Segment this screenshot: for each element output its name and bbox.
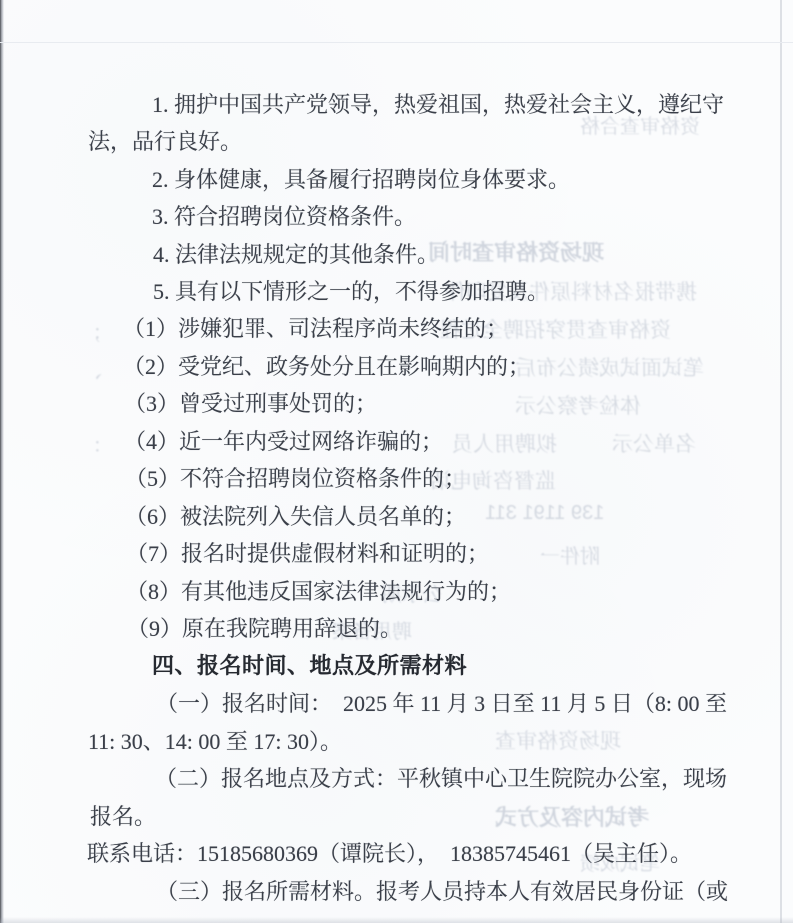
text-line: 联系电话：15185680369（谭院长）， 18385745461（吴主任）。 [87,841,692,867]
bleedthrough-text: 考试内容及方式 [495,801,649,832]
scanned-page: 资格审查合格现场资格审查时间携带报名材料原件及复印件资格审查贯穿招聘全过程笔试面… [0,0,793,923]
page-top-crease [0,42,793,43]
text-line: 5. 具有以下情形之一的，不得参加招聘。 [153,279,549,305]
text-line: （二）报名地点及方式：平秋镇中心卫生院院办公室，现场 [155,766,727,792]
bleedthrough-text: ： [82,429,102,458]
page-right-edge [780,0,782,923]
text-line: 3. 符合招聘岗位资格条件。 [152,204,416,230]
text-line: （8）有其他违反国家法律法规行为的； [126,579,511,605]
bleedthrough-text: 附件一 [540,540,600,569]
bleedthrough-text: 体检考察公示 [515,390,641,420]
text-line: （4）近一年内受过网络诈骗的； [124,429,443,455]
section-heading: 四、报名时间、地点及所需材料 [152,653,467,679]
text-line: （1）涉嫌犯罪、司法程序尚未终结的； [123,316,508,342]
bleedthrough-text: 现场资格审查 [495,725,621,755]
bleedthrough-text: 、 [82,354,102,383]
text-line: （5）不符合招聘岗位资格条件的； [125,466,466,492]
text-line: （7）报名时提供虚假材料和证明的； [126,541,489,567]
text-line: （一）报名时间： 2025 年 11 月 3 日至 11 月 5 日（8: 00… [156,691,727,717]
text-line: （6）被法院列入失信人员名单的； [125,504,466,530]
bleedthrough-text: 名单公示 [612,428,696,458]
bleedthrough-text: 139 1191 311 [485,502,604,525]
page-bottom-shadow [0,917,793,923]
text-line: （9）原在我院聘用辞退的。 [127,616,402,642]
text-line: （三）报名所需材料。报考人员持本人有效居民身份证（或 [156,879,728,905]
text-line: 1. 拥护中国共产党领导，热爱祖国，热爱社会主义，遵纪守 [152,92,724,118]
text-line: （3）曾受过刑事处罚的； [124,391,377,417]
text-line: （2）受党纪、政务处分且在影响期内的； [123,354,530,380]
bleedthrough-text: 现场资格审查时间 [428,236,604,267]
text-line: 报名。 [90,804,156,830]
text-line: 11: 30、14: 00 至 17: 30）。 [88,729,342,755]
bleedthrough-text: 笔试面试成绩公布后 [515,352,704,382]
page-left-edge [0,0,4,923]
text-line: 法，品行良好。 [88,129,242,155]
text-line: 2. 身体健康，具备履行招聘岗位身体要求。 [152,167,570,193]
bleedthrough-text: 拟聘用人员 [452,428,557,458]
bleedthrough-text: ； [82,316,102,345]
text-line: 4. 法律法规规定的其他条件。 [153,242,439,268]
